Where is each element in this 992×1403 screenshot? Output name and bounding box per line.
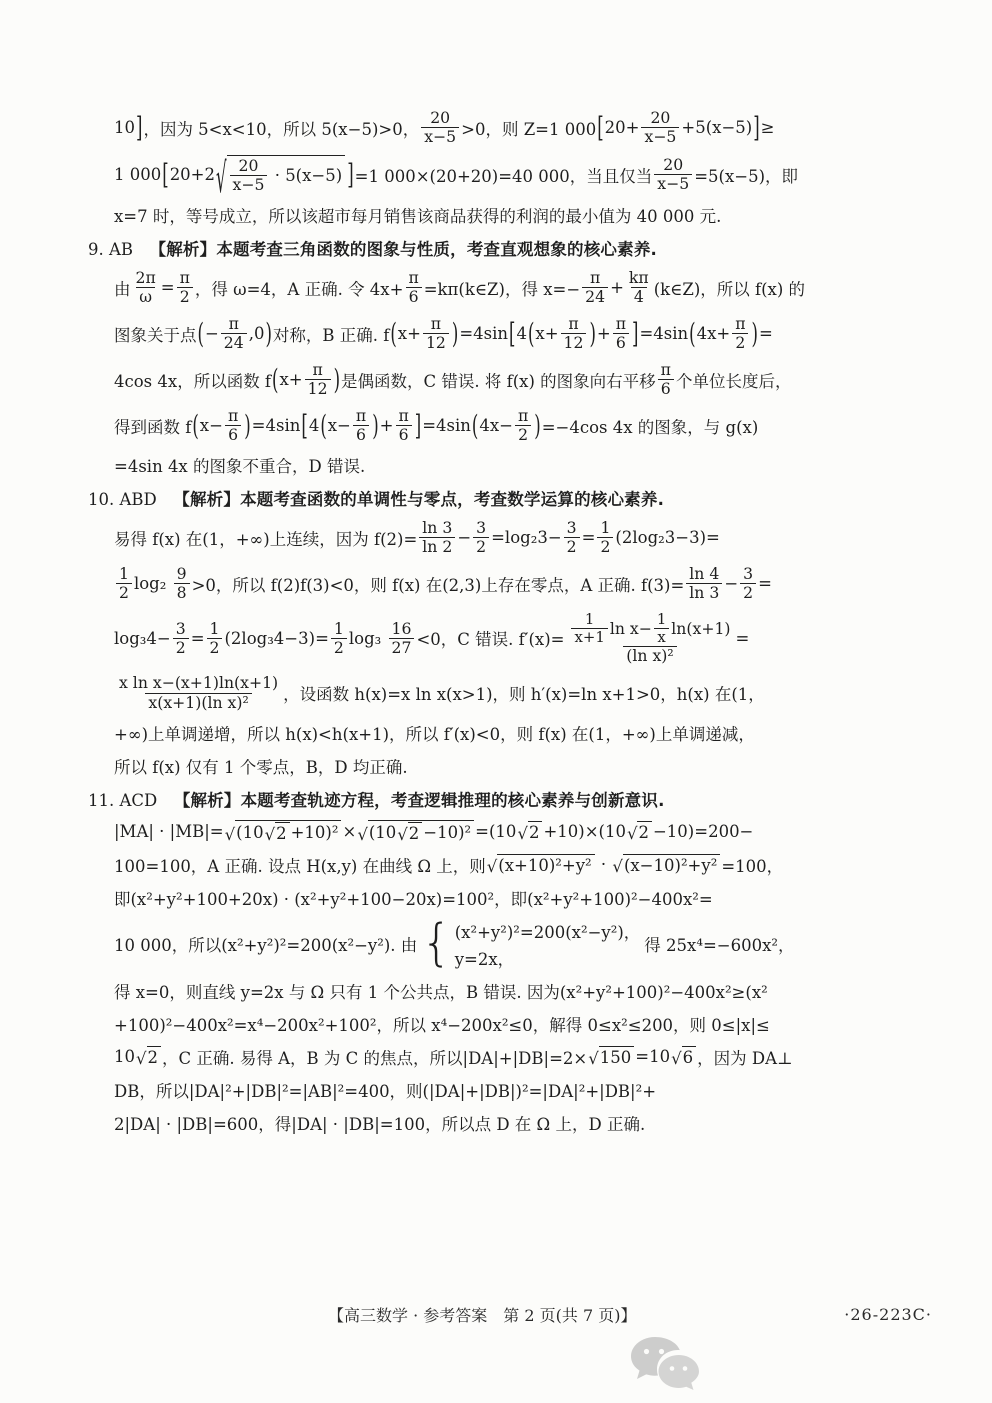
q11-line-7: 10√2，C 正确. 易得 A，B 为 C 的焦点，所以|DA|+|DB|=2×… bbox=[88, 1045, 922, 1069]
radical-sign: √ bbox=[671, 1051, 682, 1068]
text-run: − bbox=[724, 574, 738, 593]
text-run: 10 bbox=[114, 118, 135, 137]
sqrt-expression: √(10√2+10)² bbox=[225, 820, 342, 843]
text-run: log₃4− bbox=[114, 629, 171, 648]
fraction-denominator: ln 3 bbox=[686, 583, 722, 602]
q9-line-4: 得到函数 f(x−π6)=4sin[4(x−π6)+π6]=4sin(4x−π2… bbox=[88, 407, 922, 444]
radical-sign: √ bbox=[627, 826, 638, 843]
text-run: 10 000，所以(x²+y²)²=200(x²−y²). 由 bbox=[114, 932, 417, 956]
fraction: π12 bbox=[305, 361, 331, 398]
text-run: |MA| · |MB|= bbox=[114, 822, 224, 841]
text-run: 12 bbox=[426, 334, 446, 352]
text-run: π bbox=[616, 315, 626, 333]
text-run: 1 bbox=[119, 565, 129, 583]
fraction: 12 bbox=[331, 620, 347, 657]
fraction-denominator: x−5 bbox=[654, 174, 692, 193]
fraction-numerator: 3 bbox=[564, 519, 580, 537]
equation-row: (x²+y²)²=200(x²−y²)， bbox=[455, 919, 641, 943]
fraction: π2 bbox=[732, 315, 748, 352]
fraction: π12 bbox=[423, 315, 449, 352]
text-run: x ln x−(x+1)ln(x+1) bbox=[119, 674, 278, 692]
text-run: =4sin bbox=[422, 416, 471, 435]
text-run: 所以 f(x) 仅有 1 个零点，B，D 均正确. bbox=[114, 754, 408, 778]
text-run: x−5 bbox=[233, 176, 265, 194]
text-run: 2 bbox=[176, 639, 186, 657]
document-body: 10]，因为 5<x<10，所以 5(x−5)>0，20x−5>0，则 Z=1 … bbox=[88, 100, 922, 1144]
fraction-numerator: 3 bbox=[740, 565, 756, 583]
text-run: = bbox=[191, 629, 205, 648]
text-run: 个单位长度后， bbox=[676, 368, 792, 392]
fraction: π2 bbox=[515, 407, 531, 444]
text-run: 1 bbox=[334, 620, 344, 638]
text-run: 6 bbox=[661, 380, 671, 398]
q10-line-2: 12log₂ 98>0，所以 f(2)f(3)<0，则 f(x) 在(2,3)上… bbox=[88, 565, 922, 602]
stretched-delimiter: ) bbox=[334, 363, 340, 395]
stretched-delimiter: ] bbox=[415, 410, 421, 442]
fraction-denominator: 2 bbox=[740, 583, 756, 602]
text-run: 12 bbox=[564, 334, 584, 352]
fraction: π12 bbox=[561, 315, 587, 352]
fraction-denominator: 2 bbox=[597, 537, 613, 556]
text-run: 2 bbox=[334, 639, 344, 657]
text-run: 24 bbox=[585, 288, 605, 306]
text-run: =log₂3− bbox=[491, 528, 562, 547]
fraction: x ln x−(x+1)ln(x+1)x(x+1)(ln x)² bbox=[116, 674, 281, 711]
fraction-numerator: 1x+1ln x−1xln(x+1) bbox=[566, 611, 733, 646]
text-run: +∞)上单调递增，所以 h(x)<h(x+1)，所以 f′(x)<0，则 f(x… bbox=[114, 721, 755, 745]
text-run: 3 bbox=[176, 620, 186, 638]
radical-sign: √ bbox=[517, 826, 528, 843]
text-run: x−5 bbox=[424, 128, 456, 146]
text-run: 2 bbox=[600, 538, 610, 556]
text-run: 1 000 bbox=[114, 165, 161, 184]
text-run: log₃ bbox=[349, 629, 387, 648]
q9-line-3: 4cos 4x，所以函数 f(x+π12)是偶函数，C 错误. 将 f(x) 的… bbox=[88, 361, 922, 398]
fraction-numerator: 1 bbox=[597, 519, 613, 537]
text-run: 由 bbox=[114, 276, 131, 300]
stretched-delimiter: ( bbox=[689, 317, 695, 349]
text-run: 20 bbox=[650, 109, 670, 127]
q10-line-6: 所以 f(x) 仅有 1 个零点，B，D 均正确. bbox=[88, 754, 922, 778]
text-run: +5(x−5) bbox=[681, 118, 752, 137]
sqrt-expression: √6 bbox=[671, 1046, 696, 1067]
stretched-delimiter: ) bbox=[589, 317, 595, 349]
fraction: 1x+1ln x−1xln(x+1)(ln x)² bbox=[566, 611, 733, 665]
fraction-numerator: π bbox=[565, 315, 581, 333]
text-run: 易得 f(x) 在(1，+∞)上连续，因为 f(2)= bbox=[114, 526, 417, 550]
text-run: − bbox=[457, 528, 471, 547]
fraction-denominator: 8 bbox=[174, 583, 190, 602]
text-run: 9 bbox=[177, 565, 187, 583]
sqrt-expression: √20x−5 · 5(x−5) bbox=[216, 155, 345, 194]
fraction-denominator: ω bbox=[136, 287, 155, 306]
text-run: 20+ bbox=[605, 118, 640, 137]
fraction: 32 bbox=[173, 620, 189, 657]
q10-line-4: x ln x−(x+1)ln(x+1)x(x+1)(ln x)²，设函数 h(x… bbox=[88, 674, 922, 711]
text-run: (k∈Z)，所以 f(x) 的 bbox=[654, 276, 805, 300]
fraction-numerator: π bbox=[613, 315, 629, 333]
fraction-numerator: 20 bbox=[427, 109, 453, 127]
text-run: 3 bbox=[743, 565, 753, 583]
text-run: x(x+1)(ln x)² bbox=[148, 694, 248, 712]
q11-line-2: 100=100，A 正确. 设点 H(x,y) 在曲线 Ω 上，则√(x+10)… bbox=[88, 853, 922, 877]
radicand: (10√2−10)² bbox=[368, 820, 474, 843]
text-run: x+ bbox=[535, 324, 558, 343]
text-run: π bbox=[408, 269, 418, 287]
text-run: =100， bbox=[721, 853, 783, 877]
text-run: + bbox=[610, 278, 624, 297]
text-run: 6 bbox=[356, 426, 366, 444]
text-run: 2 bbox=[119, 584, 129, 602]
text-run: 20+2 bbox=[170, 165, 215, 184]
text-run: 3 bbox=[567, 519, 577, 537]
stretched-delimiter: ( bbox=[390, 317, 396, 349]
fraction-denominator: 6 bbox=[406, 287, 422, 306]
equation-system-rows: (x²+y²)²=200(x²−y²)，y=2x， bbox=[455, 919, 641, 970]
text-run: =4sin bbox=[252, 416, 301, 435]
text-run: =−4cos 4x 的图象，与 g(x) bbox=[542, 414, 759, 438]
text-run: 16 bbox=[392, 620, 412, 638]
stretched-delimiter: ] bbox=[753, 111, 759, 143]
stretched-delimiter: ) bbox=[244, 410, 250, 442]
text-run: −10)² bbox=[423, 823, 471, 842]
text-run: 20 bbox=[430, 109, 450, 127]
q11-line-3: 即(x²+y²+100+20x) · (x²+y²+100−20x)=100²，… bbox=[88, 886, 922, 910]
radicand: 20x−5 · 5(x−5) bbox=[227, 155, 346, 194]
text-run: (10 bbox=[236, 823, 263, 842]
stretched-delimiter: ( bbox=[472, 410, 478, 442]
fraction-numerator: 1 bbox=[116, 565, 132, 583]
text-run: 20 bbox=[663, 156, 683, 174]
text-run: 得 25x⁴=−600x²， bbox=[644, 932, 794, 956]
fraction-denominator: 2 bbox=[207, 638, 223, 657]
fraction-denominator: 2 bbox=[177, 287, 193, 306]
text-run: =10 bbox=[635, 1047, 670, 1066]
q11-line-4: 10 000，所以(x²+y²)²=200(x²−y²). 由{(x²+y²)²… bbox=[88, 919, 922, 970]
text-run: ，得 ω=4，A 正确. 令 4x+ bbox=[195, 276, 404, 300]
text-run: =4sin bbox=[459, 324, 508, 343]
radical-sign: √ bbox=[136, 1051, 147, 1068]
q11-line-9: 2|DA| · |DB|=600，得|DA| · |DB|=100，所以点 D … bbox=[88, 1111, 922, 1135]
text-run: π bbox=[180, 269, 190, 287]
stretched-delimiter: ( bbox=[192, 410, 198, 442]
radical-sign: √ bbox=[612, 859, 623, 876]
sqrt-expression: √2 bbox=[517, 821, 542, 842]
fraction-denominator: x−5 bbox=[641, 127, 679, 146]
text-run: ln 3 bbox=[689, 584, 719, 602]
fraction: π6 bbox=[658, 361, 674, 398]
stretched-delimiter: ] bbox=[136, 111, 142, 143]
text-run: >0，所以 f(2)f(3)<0，则 f(x) 在(2,3)上存在零点，A 正确… bbox=[192, 572, 685, 596]
text-run: = bbox=[161, 278, 175, 297]
answer-sheet-page: 10]，因为 5<x<10，所以 5(x−5)>0，20x−5>0，则 Z=1 … bbox=[0, 0, 992, 1403]
fraction-denominator: (ln x)² bbox=[623, 646, 676, 665]
text-run: <0，C 错误. f′(x)= bbox=[416, 626, 564, 650]
radicand: 2 bbox=[528, 821, 543, 842]
fraction-numerator: π bbox=[177, 269, 193, 287]
text-run: 10. ABD bbox=[88, 486, 173, 510]
fraction-denominator: 6 bbox=[396, 425, 412, 444]
fraction-denominator: 2 bbox=[732, 333, 748, 352]
fraction-denominator: 2 bbox=[473, 537, 489, 556]
text-run: 12 bbox=[308, 380, 328, 398]
text-run: 2 bbox=[180, 288, 190, 306]
text-run: 即(x²+y²+100+20x) · (x²+y²+100−20x)=100²，… bbox=[114, 886, 713, 910]
radicand: 2 bbox=[637, 821, 652, 842]
text-run: ln 2 bbox=[422, 538, 452, 556]
fraction-numerator: 20 bbox=[236, 157, 262, 175]
text-run: ln 3 bbox=[422, 519, 452, 537]
text-run: 4 bbox=[309, 416, 320, 435]
q10-line-3: log₃4−32=12(2log₃4−3)=12log₃ 1627<0，C 错误… bbox=[88, 611, 922, 665]
text-run: ≥ bbox=[761, 118, 775, 137]
wechat-watermark-icon bbox=[628, 1335, 702, 1399]
text-run: 6 bbox=[683, 1048, 694, 1067]
text-run: x+ bbox=[279, 370, 302, 389]
q10-heading: 10. ABD 【解析】本题考查函数的单调性与零点，考查数学运算的核心素养. bbox=[88, 486, 922, 510]
text-run: 11. ACD bbox=[88, 787, 174, 811]
fraction: ln 3ln 2 bbox=[419, 519, 455, 556]
sqrt-expression: √2 bbox=[136, 1046, 161, 1067]
text-run: ln(x+1) bbox=[671, 620, 730, 638]
radical-sign: √ bbox=[216, 159, 227, 200]
text-run: π bbox=[229, 315, 239, 333]
text-run: 2 bbox=[518, 426, 528, 444]
text-run: 2 bbox=[735, 334, 745, 352]
fraction: π24 bbox=[582, 269, 608, 306]
fraction-numerator: π bbox=[353, 407, 369, 425]
text-run: π bbox=[431, 315, 441, 333]
fraction-numerator: 1 bbox=[331, 620, 347, 638]
text-run: +10)² bbox=[291, 823, 339, 842]
stretched-delimiter: ) bbox=[452, 317, 458, 349]
text-run: π bbox=[312, 361, 322, 379]
text-run: =kπ(k∈Z)，得 x=− bbox=[424, 276, 580, 300]
q9-line-2: 图象关于点(−π24,0)对称，B 正确. f(x+π12)=4sin[4(x+… bbox=[88, 315, 922, 352]
text-run: x=7 时，等号成立，所以该超市每月销售该商品获得的利润的最小值为 40 000… bbox=[114, 203, 721, 227]
fraction-numerator: ln 4 bbox=[686, 565, 722, 583]
sqrt-expression: √(x+10)²+y² bbox=[487, 854, 595, 875]
stretched-delimiter: ( bbox=[198, 317, 204, 349]
sqrt-expression: √(x−10)²+y² bbox=[612, 854, 720, 875]
sqrt-expression: √150 bbox=[588, 1046, 634, 1067]
text-run: 150 bbox=[600, 1048, 632, 1067]
radicand: 2 bbox=[147, 1046, 162, 1067]
fraction-numerator: π bbox=[658, 361, 674, 379]
text-run: 1 bbox=[210, 620, 220, 638]
fraction-numerator: π bbox=[395, 407, 411, 425]
sqrt-expression: √2 bbox=[265, 822, 290, 843]
fraction-denominator: 6 bbox=[353, 425, 369, 444]
text-run: >0，则 Z=1 000 bbox=[461, 116, 596, 140]
q9-line-5: =4sin 4x 的图象不重合，D 错误. bbox=[88, 453, 922, 477]
fraction-numerator: π bbox=[587, 269, 603, 287]
fraction-denominator: 2 bbox=[173, 638, 189, 657]
text-run: ，因为 5<x<10，所以 5(x−5)>0， bbox=[143, 116, 419, 140]
radicand: 2 bbox=[408, 822, 423, 843]
q11-line-8: DB，所以|DA|²+|DB|²=|AB|²=400，则(|DA|+|DB|)²… bbox=[88, 1078, 922, 1102]
q9-line-1: 由2πω=π2，得 ω=4，A 正确. 令 4x+π6=kπ(k∈Z)，得 x=… bbox=[88, 269, 922, 306]
fraction: 32 bbox=[473, 519, 489, 556]
stretched-delimiter: ) bbox=[534, 410, 540, 442]
fraction: 2πω bbox=[133, 269, 159, 306]
fraction-numerator: 1 bbox=[207, 620, 223, 638]
q9-heading: 9. AB 【解析】本题考查三角函数的图象与性质，考查直观想象的核心素养. bbox=[88, 236, 922, 260]
equation-row: y=2x， bbox=[455, 946, 514, 970]
fraction: 12 bbox=[116, 565, 132, 602]
fraction: 12 bbox=[207, 620, 223, 657]
fraction-numerator: x ln x−(x+1)ln(x+1) bbox=[116, 674, 281, 692]
fraction-denominator: ln 2 bbox=[419, 537, 455, 556]
fraction: 20x−5 bbox=[641, 109, 679, 146]
text-run: 100=100，A 正确. 设点 H(x,y) 在曲线 Ω 上，则 bbox=[114, 853, 486, 877]
text-run: = bbox=[759, 324, 773, 343]
fraction-numerator: 16 bbox=[389, 620, 415, 638]
text-run: 2 bbox=[529, 823, 540, 842]
equation-system: {(x²+y²)²=200(x²−y²)，y=2x， bbox=[421, 919, 640, 970]
text-run: =5(x−5)，即 bbox=[694, 163, 798, 187]
fraction-denominator: 27 bbox=[389, 638, 415, 657]
fraction: kπ4 bbox=[626, 269, 652, 306]
text-run: π bbox=[661, 361, 671, 379]
fraction: π6 bbox=[405, 269, 421, 306]
fraction-denominator: 4 bbox=[631, 287, 647, 306]
text-run: (2log₂3−3)= bbox=[615, 528, 719, 547]
text-run: (2log₃4−3)= bbox=[224, 629, 328, 648]
fraction: 1x bbox=[654, 611, 669, 646]
text-run: 1 bbox=[657, 611, 666, 628]
radical-sign: √ bbox=[225, 827, 236, 844]
q8-line-3: x=7 时，等号成立，所以该超市每月销售该商品获得的利润的最小值为 40 000… bbox=[88, 203, 922, 227]
text-run: 2 bbox=[476, 538, 486, 556]
fraction-numerator: π bbox=[309, 361, 325, 379]
fraction-numerator: π bbox=[225, 407, 241, 425]
text-run: 6 bbox=[399, 426, 409, 444]
radical-sign: √ bbox=[487, 859, 498, 876]
text-run: π bbox=[356, 407, 366, 425]
fraction-denominator: x+1 bbox=[571, 628, 607, 646]
fraction: ln 4ln 3 bbox=[686, 565, 722, 602]
q11-line-6: +100)²−400x²=x⁴−200x²+100²，所以 x⁴−200x²≤0… bbox=[88, 1012, 922, 1036]
fraction-denominator: 12 bbox=[305, 379, 331, 398]
text-run: 2 bbox=[276, 824, 287, 843]
text-run: +10)×(10 bbox=[543, 822, 626, 841]
q10-line-1: 易得 f(x) 在(1，+∞)上连续，因为 f(2)=ln 3ln 2−32=l… bbox=[88, 519, 922, 556]
fraction: π6 bbox=[353, 407, 369, 444]
text-run: 2|DA| · |DB|=600，得|DA| · |DB|=100，所以点 D … bbox=[114, 1111, 645, 1135]
text-run: x+ bbox=[398, 324, 421, 343]
text-run: ，设函数 h(x)=x ln x(x>1)，则 h′(x)=ln x+1>0，h… bbox=[283, 681, 765, 705]
text-run: 得到函数 f bbox=[114, 414, 191, 438]
text-run: = bbox=[758, 574, 772, 593]
text-run: 2 bbox=[743, 584, 753, 602]
q11-line-1: |MA| · |MB|=√(10√2+10)²×√(10√2−10)²=(10√… bbox=[88, 820, 922, 844]
fraction: 20x−5 bbox=[421, 109, 459, 146]
q8-line-1: 10]，因为 5<x<10，所以 5(x−5)>0，20x−5>0，则 Z=1 … bbox=[88, 109, 922, 146]
text-run: +100)²−400x²=x⁴−200x²+100²，所以 x⁴−200x²≤0… bbox=[114, 1012, 770, 1036]
fraction-numerator: 3 bbox=[473, 519, 489, 537]
text-run: 4 bbox=[634, 288, 644, 306]
radical-sign: √ bbox=[588, 1051, 599, 1068]
text-run: (10 bbox=[369, 823, 396, 842]
q10-line-5: +∞)上单调递增，所以 h(x)<h(x+1)，所以 f′(x)<0，则 f(x… bbox=[88, 721, 922, 745]
stretched-delimiter: ) bbox=[752, 317, 758, 349]
text-run: π bbox=[398, 407, 408, 425]
text-run: π bbox=[518, 407, 528, 425]
text-run: 6 bbox=[616, 334, 626, 352]
fraction: π24 bbox=[221, 315, 247, 352]
text-run: =1 000×(20+20)=40 000，当且仅当 bbox=[355, 163, 653, 187]
fraction: 32 bbox=[564, 519, 580, 556]
text-run: x+1 bbox=[574, 629, 604, 646]
fraction-denominator: x bbox=[654, 628, 668, 646]
text-run: 2 bbox=[638, 823, 649, 842]
text-run: 6 bbox=[228, 426, 238, 444]
fraction-numerator: π bbox=[732, 315, 748, 333]
fraction: π6 bbox=[225, 407, 241, 444]
text-run: ,0 bbox=[249, 324, 265, 343]
bold-text-run: 【解析】本题考查三角函数的图象与性质，考查直观想象的核心素养. bbox=[150, 236, 657, 260]
q11-line-5: 得 x=0，则直线 y=2x 与 Ω 只有 1 个公共点，B 错误. 因为(x²… bbox=[88, 979, 922, 1003]
text-run: =4sin bbox=[639, 324, 688, 343]
fraction: 98 bbox=[174, 565, 190, 602]
fraction-numerator: π bbox=[515, 407, 531, 425]
text-run: −10)=200− bbox=[653, 822, 753, 841]
text-run: 20 bbox=[239, 157, 259, 175]
text-run: x− bbox=[200, 416, 223, 435]
footer-title-page-number: 【高三数学 · 参考答案 第 2 页(共 7 页)】 bbox=[328, 1303, 636, 1326]
text-run: (x²+y²)²=200(x²−y²)， bbox=[455, 919, 641, 943]
text-run: 2 bbox=[567, 538, 577, 556]
fraction-denominator: 12 bbox=[423, 333, 449, 352]
radical-sign: √ bbox=[397, 827, 408, 844]
radical-sign: √ bbox=[357, 827, 368, 844]
text-run: 4 bbox=[516, 324, 527, 343]
q8-line-2: 1 000[20+2√20x−5 · 5(x−5)]=1 000×(20+20)… bbox=[88, 155, 922, 194]
text-run: (ln x)² bbox=[626, 647, 673, 665]
text-run: · bbox=[596, 855, 612, 874]
sqrt-expression: √(10√2−10)² bbox=[357, 820, 474, 843]
fraction-denominator: 2 bbox=[331, 638, 347, 657]
text-run: 2 bbox=[148, 1048, 159, 1067]
fraction-denominator: 6 bbox=[225, 425, 241, 444]
text-run: − bbox=[205, 324, 219, 343]
fraction-denominator: 2 bbox=[116, 583, 132, 602]
stretched-delimiter: [ bbox=[162, 158, 168, 190]
text-run: 是偶函数，C 错误. 将 f(x) 的图象向右平移 bbox=[341, 368, 656, 392]
fraction-denominator: 12 bbox=[561, 333, 587, 352]
fraction-numerator: 1 bbox=[654, 611, 669, 628]
text-run: 对称，B 正确. f bbox=[273, 322, 389, 346]
text-run: =(10 bbox=[475, 822, 516, 841]
radicand: 150 bbox=[599, 1046, 635, 1067]
text-run: 1 bbox=[600, 519, 610, 537]
text-run: 10 bbox=[114, 1047, 135, 1066]
text-run: ln 4 bbox=[689, 565, 719, 583]
text-run: 图象关于点 bbox=[114, 322, 197, 346]
text-run: ω bbox=[139, 288, 152, 306]
fraction-numerator: π bbox=[226, 315, 242, 333]
radicand: (10√2+10)² bbox=[235, 820, 341, 843]
text-run: · 5(x−5) bbox=[269, 166, 342, 185]
fraction-numerator: π bbox=[428, 315, 444, 333]
text-run: (x−10)²+y² bbox=[624, 856, 717, 875]
fraction-denominator: 2 bbox=[515, 425, 531, 444]
fraction: 1627 bbox=[389, 620, 415, 657]
radicand: (x+10)²+y² bbox=[497, 854, 594, 875]
radical-sign: √ bbox=[265, 827, 276, 844]
stretched-delimiter: ] bbox=[632, 317, 638, 349]
